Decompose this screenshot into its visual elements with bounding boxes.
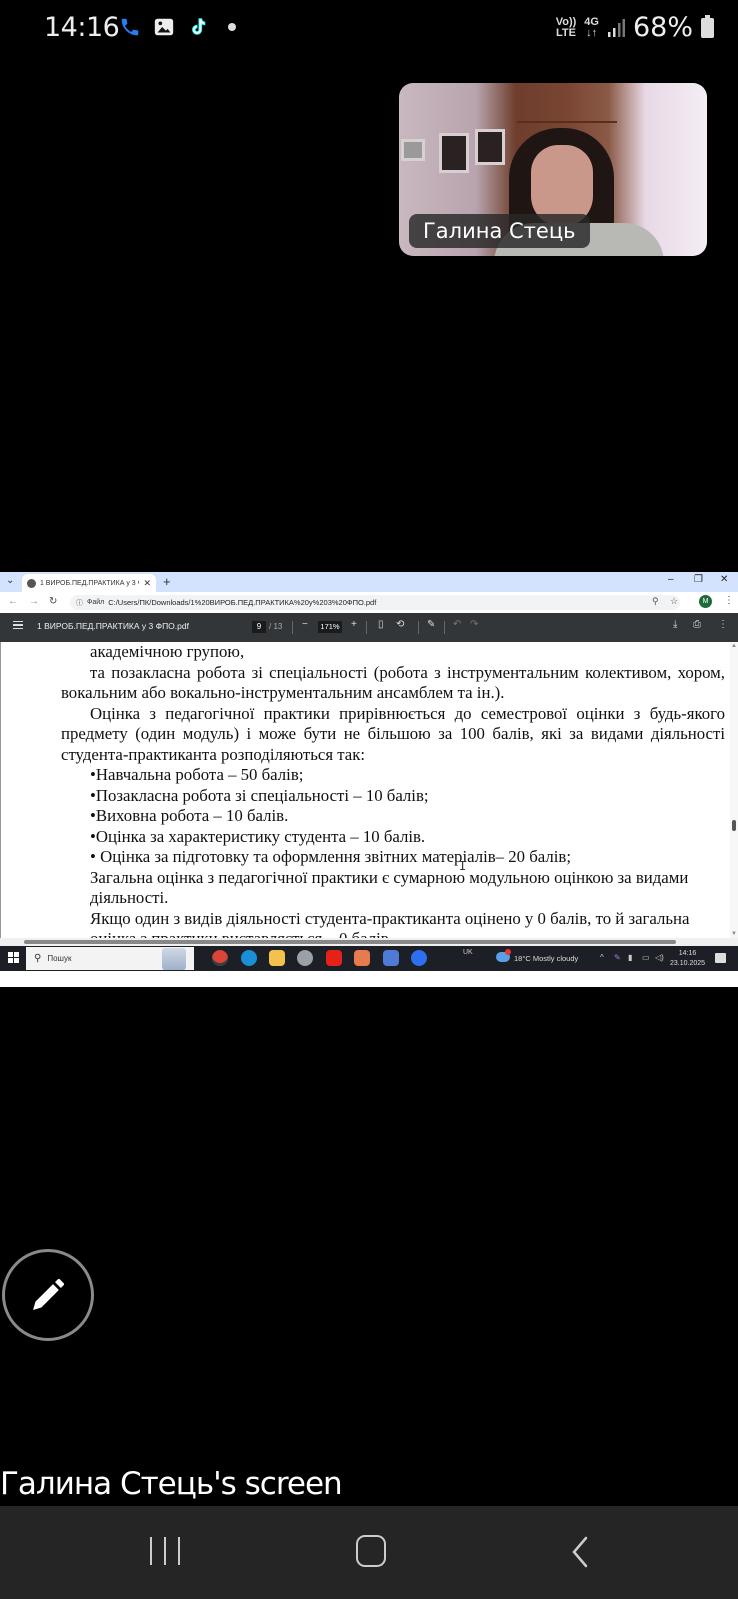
forward-icon[interactable]: → bbox=[29, 596, 39, 607]
list-item: • Оцінка за підготовку та оформлення зві… bbox=[61, 847, 725, 868]
divider bbox=[418, 621, 419, 634]
bookmark-star-icon[interactable]: ☆ bbox=[670, 596, 678, 607]
pdf-more-icon[interactable]: ⋮ bbox=[718, 619, 728, 630]
battery-percent: 68% bbox=[633, 12, 693, 43]
page-total: / 13 bbox=[269, 622, 282, 631]
shared-screen[interactable]: ⌄ 1 ВИРОБ.ПЕД.ПРАКТИКА у 3 Ф ✕ + – ❐ ✕ ←… bbox=[0, 572, 738, 987]
scroll-up-icon[interactable]: ▲ bbox=[731, 643, 737, 649]
home-button[interactable] bbox=[356, 1535, 386, 1567]
battery-icon bbox=[701, 18, 714, 38]
language-indicator[interactable]: UK bbox=[463, 949, 473, 956]
divider bbox=[444, 621, 445, 634]
page-number-input[interactable]: 9 bbox=[252, 621, 266, 633]
video-background bbox=[517, 83, 617, 123]
recent-apps-button[interactable] bbox=[150, 1537, 180, 1565]
taskbar-clock[interactable]: 14:16 23.10.2025 bbox=[670, 949, 705, 969]
clock-date: 23.10.2025 bbox=[670, 959, 705, 969]
browser-tab[interactable]: 1 ВИРОБ.ПЕД.ПРАКТИКА у 3 Ф ✕ bbox=[22, 574, 156, 592]
list-item: •Оцінка за характеристику студента – 10 … bbox=[61, 827, 725, 848]
address-bar-row: ← → ↻ ⓘ Файл C:/Users/ПК/Downloads/1%20В… bbox=[0, 592, 738, 613]
close-window-button[interactable]: ✕ bbox=[720, 574, 728, 585]
scroll-down-icon[interactable]: ▼ bbox=[731, 931, 737, 937]
volte-indicator: Vo))LTE bbox=[556, 17, 577, 39]
edge-app-icon[interactable] bbox=[241, 950, 257, 966]
address-bar[interactable]: ⓘ Файл C:/Users/ПК/Downloads/1%20ВИРОБ.П… bbox=[70, 595, 680, 610]
zoom-level-input[interactable]: 171% bbox=[318, 621, 342, 633]
zoom-out-button[interactable]: − bbox=[302, 619, 308, 630]
windows-start-icon[interactable] bbox=[8, 952, 19, 963]
list-item: •Навчальна робота – 50 балів; bbox=[61, 765, 725, 786]
file-explorer-app-icon[interactable] bbox=[269, 950, 285, 966]
search-highlight-image bbox=[162, 948, 186, 970]
scrollbar-thumb[interactable] bbox=[732, 820, 736, 831]
search-placeholder: Пошук bbox=[47, 954, 71, 963]
tab-title: 1 ВИРОБ.ПЕД.ПРАКТИКА у 3 Ф bbox=[40, 580, 140, 587]
weather-alert-badge bbox=[505, 949, 511, 955]
print-icon[interactable]: ⎙ bbox=[693, 619, 701, 630]
tiktok-icon bbox=[186, 15, 210, 39]
browser-menu-icon[interactable]: ⋮ bbox=[724, 595, 734, 606]
divider bbox=[292, 621, 293, 634]
globe-icon bbox=[27, 579, 36, 588]
pencil-icon bbox=[28, 1275, 68, 1315]
vertical-scrollbar[interactable]: ▲ ▼ bbox=[730, 642, 738, 938]
status-bar: 14:16 Vo))LTE 4G↓↑ 68% bbox=[0, 0, 738, 58]
annotate-icon[interactable]: ✎ bbox=[427, 619, 435, 630]
notification-center-icon[interactable] bbox=[715, 953, 726, 963]
android-navigation-bar bbox=[0, 1506, 738, 1599]
url-text[interactable]: C:/Users/ПК/Downloads/1%20ВИРОБ.ПЕД.ПРАК… bbox=[108, 598, 376, 607]
speaker-icon[interactable]: ◁) bbox=[655, 953, 664, 962]
status-time: 14:16 bbox=[44, 12, 119, 43]
list-item: Якщо один з видів діяльності студента-пр… bbox=[61, 909, 725, 939]
tray-chevron-icon[interactable]: ^ bbox=[600, 953, 604, 962]
network-type-indicator: 4G↓↑ bbox=[584, 17, 599, 39]
paragraph: та позакласна робота зі спеціальності (р… bbox=[61, 663, 725, 704]
video-background bbox=[475, 129, 505, 165]
browser-tab-strip: ⌄ 1 ВИРОБ.ПЕД.ПРАКТИКА у 3 Ф ✕ + – ❐ ✕ bbox=[0, 572, 738, 592]
reload-icon[interactable]: ↻ bbox=[49, 596, 57, 607]
windows-taskbar: ⚲ Пошук UK 18°C Mostly cloudy ^ ✎ ▮ ▭ ◁)… bbox=[0, 946, 738, 971]
video-background bbox=[439, 133, 469, 173]
redo-icon[interactable]: ↷ bbox=[470, 619, 478, 630]
gallery-icon bbox=[152, 15, 176, 39]
new-tab-button[interactable]: + bbox=[163, 574, 171, 589]
pen-icon[interactable]: ✎ bbox=[614, 953, 621, 962]
undo-icon[interactable]: ↶ bbox=[453, 619, 461, 630]
signal-icon bbox=[607, 18, 625, 38]
security-app-icon[interactable] bbox=[297, 950, 313, 966]
zoom-in-button[interactable]: + bbox=[351, 619, 357, 630]
phone-call-icon bbox=[118, 15, 142, 39]
weather-widget[interactable]: 18°C Mostly cloudy bbox=[514, 954, 578, 963]
shared-screen-label: Галина Стець's screen bbox=[0, 1466, 342, 1502]
search-icon: ⚲ bbox=[34, 953, 41, 964]
rotate-icon[interactable]: ⟲ bbox=[396, 619, 404, 630]
list-item: •Позакласна робота зі спеціальності – 10… bbox=[61, 786, 725, 807]
fit-page-icon[interactable]: ▯ bbox=[378, 619, 384, 630]
text-cursor-icon: I bbox=[459, 859, 466, 873]
pdf-file-name: 1 ВИРОБ.ПЕД.ПРАКТИКА у 3 ФПО.pdf bbox=[37, 621, 189, 631]
notification-icons bbox=[118, 15, 236, 39]
profile-avatar[interactable]: M bbox=[699, 595, 712, 608]
participant-name-label: Галина Стець bbox=[409, 214, 590, 248]
clock-time: 14:16 bbox=[670, 949, 705, 959]
list-item: Загальна оцінка з педагогічної практики … bbox=[61, 868, 725, 909]
participant-video-tile[interactable]: Галина Стець bbox=[399, 83, 707, 256]
battery-tray-icon[interactable]: ▭ bbox=[642, 953, 650, 962]
video-background bbox=[401, 139, 425, 161]
info-icon[interactable]: ⓘ bbox=[76, 598, 83, 608]
zoom-indicator-icon[interactable]: ⚲ bbox=[652, 596, 659, 607]
hamburger-menu-icon[interactable] bbox=[13, 621, 23, 629]
minimize-button[interactable]: – bbox=[668, 574, 674, 585]
close-tab-icon[interactable]: ✕ bbox=[143, 578, 151, 589]
tab-search-icon[interactable]: ⌄ bbox=[6, 575, 14, 586]
youtube-app-icon[interactable] bbox=[326, 950, 342, 966]
horizontal-scrollbar[interactable] bbox=[0, 938, 738, 946]
pdf-toolbar: 1 ВИРОБ.ПЕД.ПРАКТИКА у 3 ФПО.pdf 9 / 13 … bbox=[0, 613, 738, 642]
microphone-icon[interactable]: ▮ bbox=[628, 953, 632, 962]
zoom-app-icon[interactable] bbox=[411, 950, 427, 966]
system-indicators: Vo))LTE 4G↓↑ 68% bbox=[556, 12, 714, 43]
paragraph: Оцінка з педагогічної практики прирівнює… bbox=[61, 704, 725, 766]
pdf-page-content[interactable]: академічною групою,та позакласна робота … bbox=[0, 642, 730, 938]
paragraph: академічною групою, bbox=[61, 642, 725, 663]
scrollbar-thumb[interactable] bbox=[24, 940, 676, 944]
word-app-icon[interactable] bbox=[383, 950, 399, 966]
more-notifications-dot bbox=[228, 23, 236, 31]
chrome-app-icon[interactable] bbox=[212, 950, 228, 966]
back-button[interactable] bbox=[570, 1536, 590, 1568]
annotate-button[interactable] bbox=[2, 1249, 94, 1341]
download-icon[interactable]: ⤓ bbox=[673, 619, 677, 630]
powerpoint-app-icon[interactable] bbox=[354, 950, 370, 966]
back-icon[interactable]: ← bbox=[8, 596, 18, 607]
maximize-button[interactable]: ❐ bbox=[694, 574, 703, 585]
list-item: •Виховна робота – 10 балів. bbox=[61, 806, 725, 827]
taskbar-search-box[interactable]: ⚲ Пошук bbox=[26, 947, 194, 970]
document-text: академічною групою,та позакласна робота … bbox=[61, 642, 725, 938]
divider bbox=[366, 621, 367, 634]
file-chip: Файл bbox=[87, 599, 104, 606]
